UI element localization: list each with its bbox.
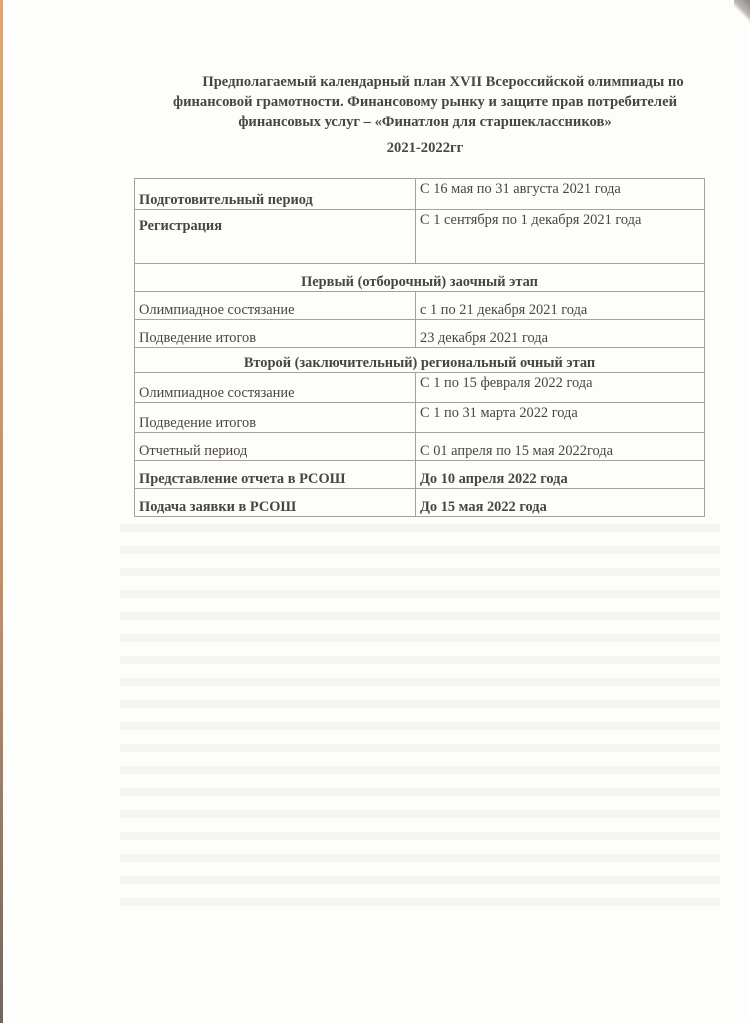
stage-cell: Отчетный период <box>135 433 416 461</box>
section-row: Второй (заключительный) региональный очн… <box>135 348 705 373</box>
section-heading: Первый (отборочный) заочный этап <box>135 264 705 292</box>
title-line-1: Предполагаемый календарный план XVII Все… <box>130 72 720 92</box>
dates-cell: До 10 апреля 2022 года <box>416 461 705 489</box>
table-row: Регистрация С 1 сентября по 1 декабря 20… <box>135 210 705 264</box>
stage-cell: Олимпиадное состязание <box>135 373 416 403</box>
reverse-side-bleed-through <box>120 510 720 910</box>
title-line-3: финансовых услуг – «Финатлон для старшек… <box>130 112 720 132</box>
dates-cell: С 16 мая по 31 августа 2021 года <box>416 179 705 210</box>
dates-cell: 23 декабря 2021 года <box>416 320 705 348</box>
dates-cell: С 1 по 31 марта 2022 года <box>416 403 705 433</box>
table-row: Подача заявки в РСОШ До 15 мая 2022 года <box>135 489 705 517</box>
stage-cell: Подведение итогов <box>135 403 416 433</box>
dates-cell: До 15 мая 2022 года <box>416 489 705 517</box>
table-row: Подготовительный период С 16 мая по 31 а… <box>135 179 705 210</box>
stage-cell: Олимпиадное состязание <box>135 292 416 320</box>
document-title: Предполагаемый календарный план XVII Все… <box>130 72 720 132</box>
stage-cell: Подведение итогов <box>135 320 416 348</box>
section-row: Первый (отборочный) заочный этап <box>135 264 705 292</box>
table-row: Олимпиадное состязание С 1 по 15 февраля… <box>135 373 705 403</box>
stage-cell: Представление отчета в РСОШ <box>135 461 416 489</box>
dates-cell: С 1 сентября по 1 декабря 2021 года <box>416 210 705 264</box>
scan-edge <box>0 0 3 1023</box>
table-row: Подведение итогов 23 декабря 2021 года <box>135 320 705 348</box>
stage-cell: Подготовительный период <box>135 179 416 210</box>
document-years: 2021-2022гг <box>130 140 720 157</box>
scan-corner-shadow <box>734 0 750 22</box>
stage-cell: Регистрация <box>135 210 416 264</box>
table-row: Отчетный период С 01 апреля по 15 мая 20… <box>135 433 705 461</box>
dates-cell: С 01 апреля по 15 мая 2022года <box>416 433 705 461</box>
table-row: Представление отчета в РСОШ До 10 апреля… <box>135 461 705 489</box>
table-row: Подведение итогов С 1 по 31 марта 2022 г… <box>135 403 705 433</box>
title-line-2: финансовой грамотности. Финансовому рынк… <box>130 92 720 112</box>
section-heading: Второй (заключительный) региональный очн… <box>135 348 705 373</box>
stage-cell: Подача заявки в РСОШ <box>135 489 416 517</box>
table-row: Олимпиадное состязание с 1 по 21 декабря… <box>135 292 705 320</box>
dates-cell: С 1 по 15 февраля 2022 года <box>416 373 705 403</box>
schedule-table: Подготовительный период С 16 мая по 31 а… <box>134 178 705 517</box>
dates-cell: с 1 по 21 декабря 2021 года <box>416 292 705 320</box>
